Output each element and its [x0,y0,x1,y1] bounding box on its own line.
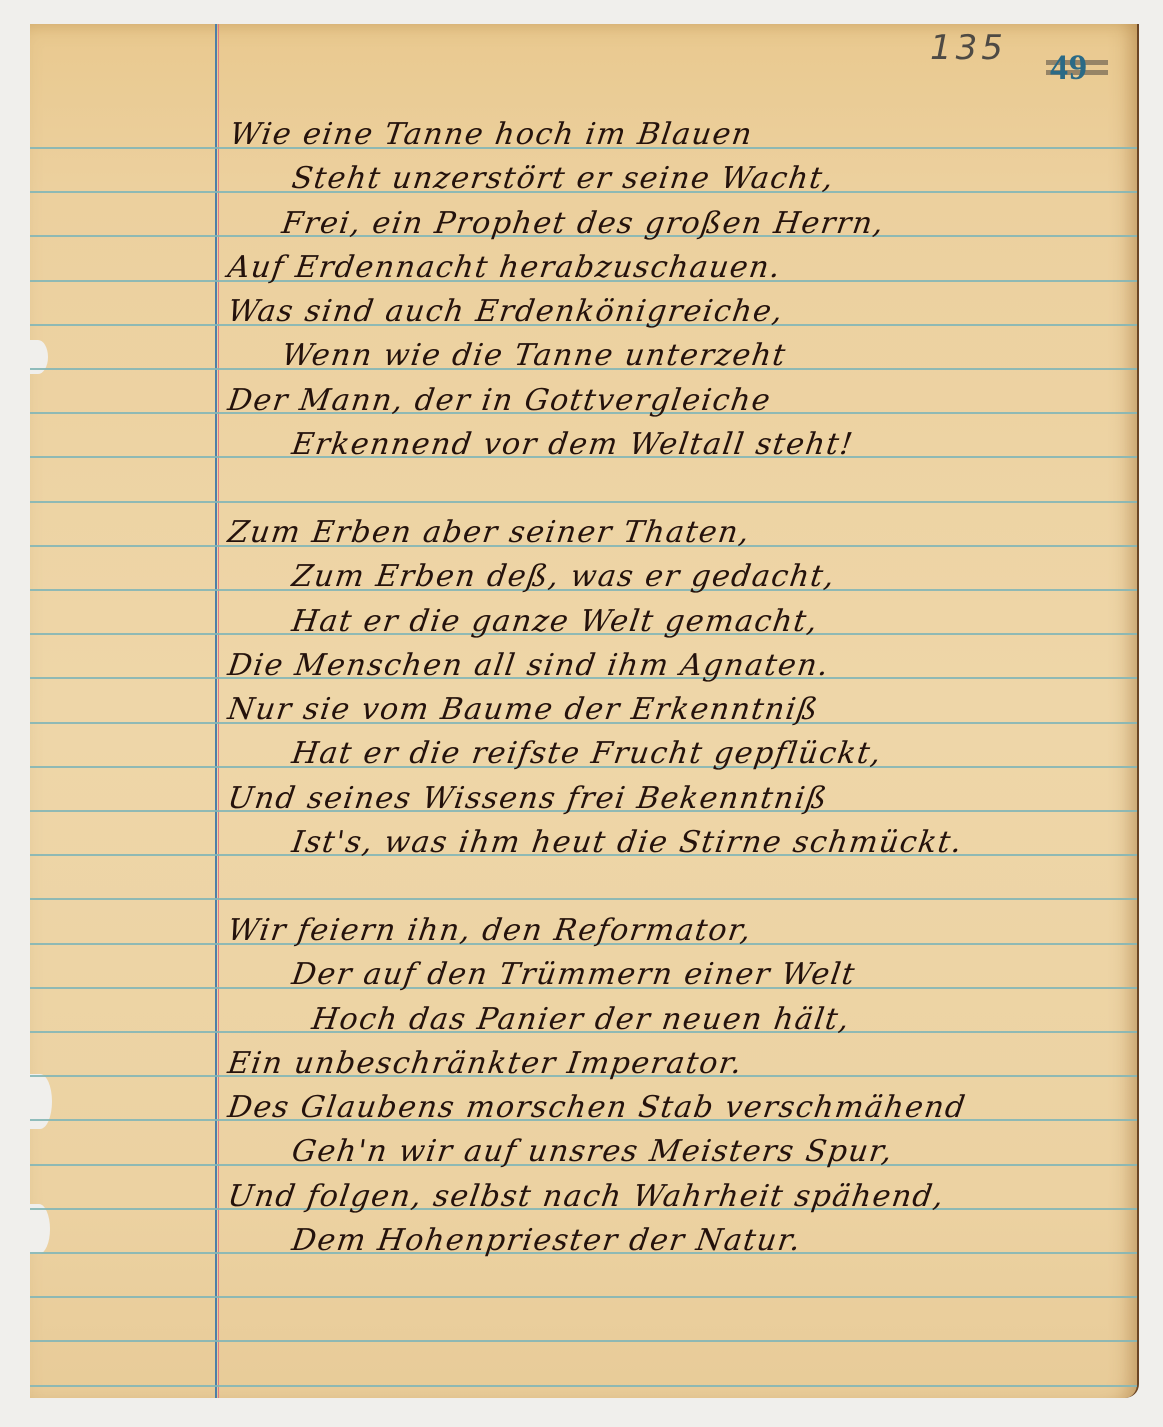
rule-line [30,1340,1137,1342]
margin-line-blue [215,24,217,1398]
verse-line: Geh'n wir auf unsres Meisters Spur, [290,1137,895,1167]
verse-line: Wir feiern ihn, den Reformator, [226,916,754,946]
verse-line: Frei, ein Prophet des großen Herrn, [280,209,887,239]
verse-line: Des Glaubens morschen Stab verschmähend [226,1093,968,1123]
verse-line: Und seines Wissens frei Bekenntniß [226,784,830,814]
verse-line: Was sind auch Erdenkönigreiche, [226,297,786,327]
verse-line: Erkennend vor dem Weltall steht! [290,430,856,460]
rule-line [30,1296,1137,1298]
notebook-page: 135 49 Wie eine Tanne hoch im Blauen Ste… [30,24,1139,1398]
verse-line: Hat er die ganze Welt gemacht, [290,607,820,637]
verse-line: Hat er die reifste Frucht gepflückt, [290,739,884,769]
verse-line: Wenn wie die Tanne unterzeht [280,341,788,371]
verse-line: Auf Erdennacht herabzuschauen. [226,253,783,283]
torn-edge [28,1204,50,1254]
pencil-page-number: 135 [930,28,1007,68]
verse-line: Dem Hohenpriester der Natur. [290,1226,804,1256]
rule-line [30,1385,1137,1387]
rule-line [30,501,1137,503]
verse-line: Der auf den Trümmern einer Welt [290,960,858,990]
verse-line: Hoch das Panier der neuen hält, [310,1005,852,1035]
verse-line: Ist's, was ihm heut die Stirne schmückt. [290,828,965,858]
verse-line: Die Menschen all sind ihm Agnaten. [226,651,831,681]
verse-line: Nur sie vom Baume der Erkenntniß [226,695,821,725]
verse-line: Steht unzerstört er seine Wacht, [290,164,836,194]
verse-line: Wie eine Tanne hoch im Blauen [228,120,755,150]
verse-line: Und folgen, selbst nach Wahrheit spähend… [226,1182,947,1212]
stamped-page-number: 49 [1050,46,1088,88]
margin-line-red [218,24,219,1398]
verse-line: Zum Erben deß, was er gedacht, [290,562,837,592]
rule-line [30,898,1137,900]
verse-line: Zum Erben aber seiner Thaten, [226,518,752,548]
verse-line: Ein unbeschränkter Imperator. [226,1049,745,1079]
verse-line: Der Mann, der in Gottvergleiche [226,386,773,416]
